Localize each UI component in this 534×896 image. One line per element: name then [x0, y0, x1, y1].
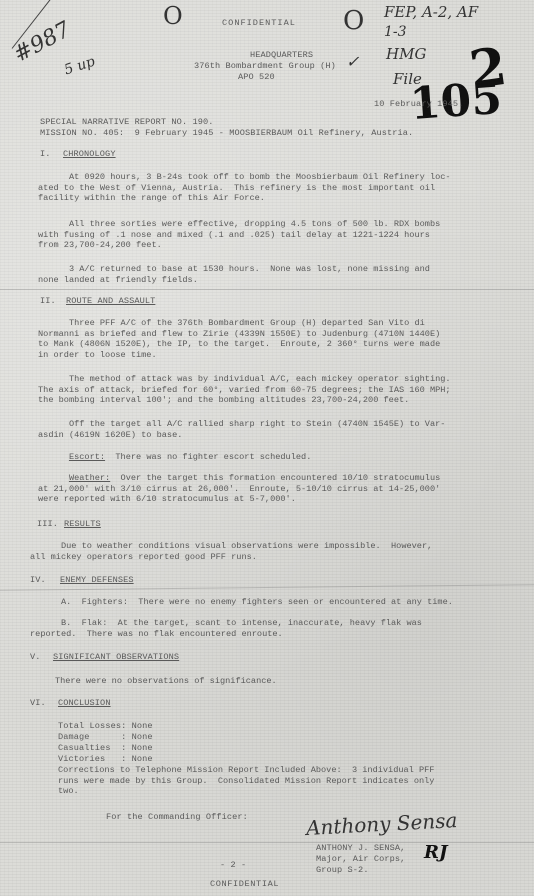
conclusion-value: None: [132, 732, 153, 742]
section-number: I.: [40, 149, 51, 160]
punch-hole-icon: O: [163, 2, 183, 30]
section-heading-results: RESULTS: [64, 519, 101, 530]
file-number-annotation: #987: [10, 17, 75, 67]
fold-line: [0, 289, 534, 290]
results-paragraph: Due to weather conditions visual observa…: [30, 541, 432, 562]
section-heading-route: ROUTE AND ASSAULT: [66, 296, 155, 307]
scanned-document-page: #987 5 up O O FEP, A-2, AF 1-3 HMG ✓ Fil…: [0, 0, 534, 896]
routing-annotation: FEP, A-2, AF: [384, 3, 478, 21]
chronology-paragraph: 3 A/C returned to base at 1530 hours. No…: [38, 264, 430, 285]
section-number: II.: [40, 296, 56, 307]
section-number: III.: [37, 519, 58, 530]
observations-paragraph: There were no observations of significan…: [24, 676, 277, 687]
report-title: SPECIAL NARRATIVE REPORT NO. 190.: [40, 117, 213, 128]
conclusion-label: Total Losses:: [58, 721, 126, 731]
file-sub-annotation: 5 up: [62, 54, 97, 79]
escort-paragraph: Escort: There was no fighter escort sche…: [38, 452, 311, 463]
for-commanding-officer: For the Commanding Officer:: [106, 812, 248, 823]
conclusion-label: Damage :: [58, 732, 126, 742]
section-heading-conclusion: CONCLUSION: [58, 698, 111, 709]
fold-line: [0, 842, 534, 843]
checkmark-icon: ✓: [346, 52, 359, 71]
conclusion-row: Total Losses: None: [58, 721, 153, 732]
file-number-stamp-suffix: 2: [466, 36, 510, 101]
punch-hole-icon: O: [343, 6, 364, 36]
chronology-paragraph: At 0920 hours, 3 B-24s took off to bomb …: [38, 172, 451, 204]
header-unit-line: APO 520: [238, 72, 275, 83]
handwritten-signature: Anthony Sensa: [305, 808, 457, 840]
signer-initials: RJ: [424, 842, 447, 863]
corrections-paragraph: Corrections to Telephone Mission Report …: [58, 765, 434, 797]
enemy-flak-paragraph: B. Flak: At the target, scant to intense…: [30, 618, 422, 639]
route-paragraph: Off the target all A/C rallied sharp rig…: [38, 419, 445, 440]
header-unit-line: 376th Bombardment Group (H): [194, 61, 336, 72]
conclusion-value: None: [132, 743, 153, 753]
section-heading-chronology: CHRONOLOGY: [63, 149, 116, 160]
section-number: V.: [30, 652, 41, 663]
page-number-mark: - 2 -: [220, 860, 246, 871]
routing-annotation: HMG: [386, 45, 426, 63]
route-paragraph: The method of attack was by individual A…: [38, 374, 451, 406]
conclusion-value: None: [132, 754, 153, 764]
weather-paragraph: Weather: Over the target this formation …: [38, 473, 440, 505]
classification-bottom: CONFIDENTIAL: [210, 879, 279, 890]
section-number: VI.: [30, 698, 46, 709]
enemy-fighters-paragraph: A. Fighters: There were no enemy fighter…: [30, 597, 453, 608]
conclusion-label: Casualties :: [58, 743, 126, 753]
section-heading-significant-observations: SIGNIFICANT OBSERVATIONS: [53, 652, 179, 663]
conclusion-label: Victories :: [58, 754, 126, 764]
section-number: IV.: [30, 575, 46, 586]
section-heading-enemy-defenses: ENEMY DEFENSES: [60, 575, 134, 586]
header-unit-line: HEADQUARTERS: [250, 50, 313, 61]
weather-label: Weather:: [69, 473, 110, 483]
signer-name: ANTHONY J. SENSA,: [316, 843, 405, 854]
conclusion-value: None: [132, 721, 153, 731]
route-paragraph: Three PFF A/C of the 376th Bombardment G…: [38, 318, 440, 360]
escort-text: There was no fighter escort scheduled.: [105, 452, 311, 462]
routing-annotation: 1-3: [384, 24, 407, 40]
escort-label: Escort:: [69, 452, 105, 462]
mission-line: MISSION NO. 405: 9 February 1945 - MOOSB…: [40, 128, 413, 139]
classification-top: CONFIDENTIAL: [222, 18, 296, 29]
signer-position: Group S-2.: [316, 865, 369, 876]
conclusion-row: Casualties : None: [58, 743, 153, 754]
report-date: 10 February 1945.: [374, 99, 463, 110]
chronology-paragraph: All three sorties were effective, droppi…: [38, 219, 440, 251]
conclusion-row: Victories : None: [58, 754, 153, 765]
signer-rank: Major, Air Corps,: [316, 854, 405, 865]
conclusion-row: Damage : None: [58, 732, 153, 743]
